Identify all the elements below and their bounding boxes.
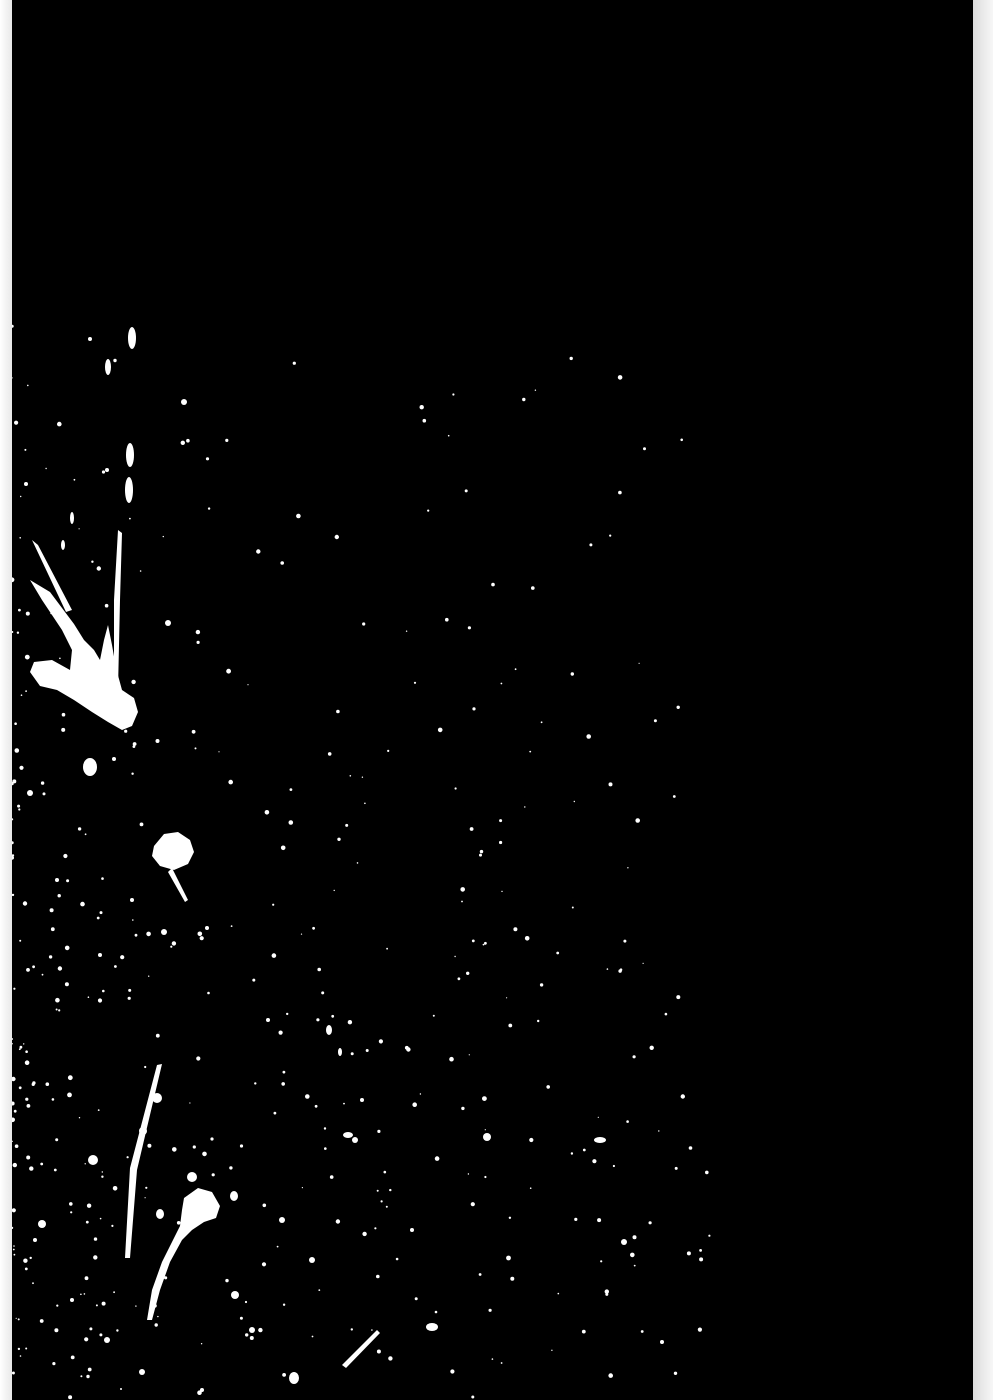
- page-margin-left: [0, 0, 12, 1400]
- paint-splatter-graphic: [12, 0, 973, 1400]
- page-margin-right: [973, 0, 993, 1400]
- splatter-artwork-panel: white paint splatter on black background: [12, 0, 973, 1400]
